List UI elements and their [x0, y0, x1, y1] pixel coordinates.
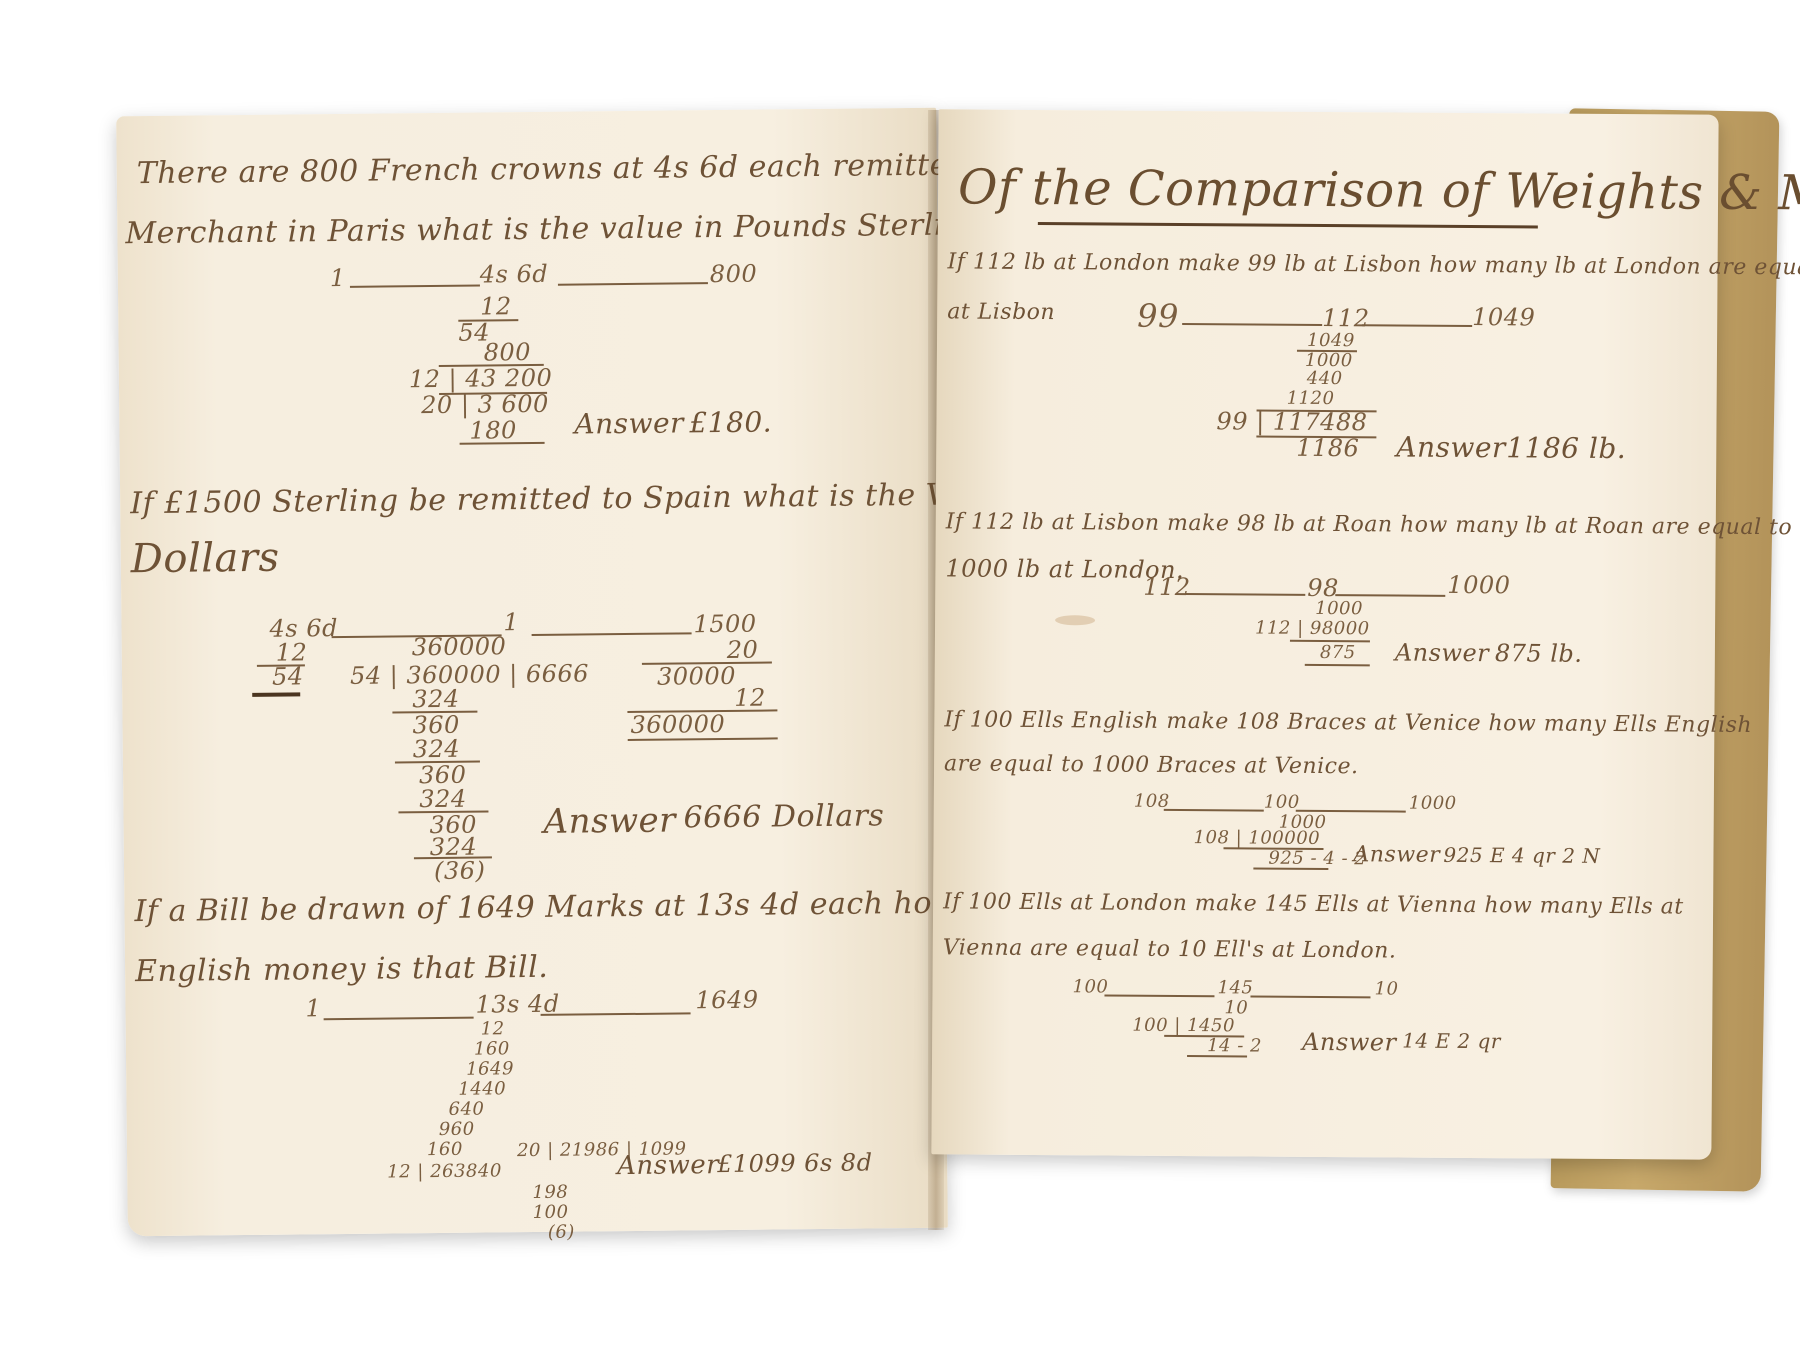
question-text: English money is that Bill. — [135, 950, 549, 989]
working-step: 12 — [480, 292, 512, 320]
working-step: 30000 — [657, 662, 736, 691]
working-step: 20 — [727, 636, 759, 664]
left-page: There are 800 French crowns at 4s 6d eac… — [116, 108, 948, 1237]
working-step: 99 | 117488 — [1216, 407, 1367, 436]
working-step: 440 — [1307, 368, 1343, 389]
answer-label: Answer — [1395, 638, 1490, 667]
working-step: 324 — [412, 685, 460, 713]
working-step: 108 | 100000 — [1194, 827, 1321, 849]
working-step: 160 — [474, 1038, 510, 1059]
working-term: 1000 — [1409, 793, 1457, 814]
answer-value: £1099 6s 8d — [717, 1148, 873, 1178]
question-text: Merchant in Paris what is the value in P… — [125, 207, 994, 251]
answer-value: 1186 lb. — [1506, 431, 1626, 465]
right-page: Of the Comparison of Weights & Measures … — [931, 109, 1718, 1159]
working-step: 180 — [469, 416, 517, 444]
answer-label: Answer — [543, 801, 676, 842]
page-title: Of the Comparison of Weights & Measures — [958, 159, 1800, 222]
working-term: 1049 — [1472, 303, 1535, 331]
working-term: 1500 — [693, 610, 756, 639]
working-step: 925 - 4 - 2 — [1268, 848, 1366, 870]
working-step: 960 — [439, 1119, 475, 1140]
answer-value: 6666 Dollars — [683, 798, 884, 835]
working-step: 640 — [448, 1099, 484, 1120]
answer-value: £180. — [689, 405, 772, 439]
working-step: 1186 — [1296, 434, 1359, 462]
working-term: 10 — [1374, 978, 1398, 999]
answer-label: Answer — [1396, 430, 1506, 464]
question-text: If 112 lb at Lisbon make 98 lb at Roan h… — [946, 509, 1793, 540]
working-term: 112 — [1322, 304, 1370, 332]
question-text: If a Bill be drawn of 1649 Marks at 13s … — [134, 885, 1054, 930]
working-step: 1000 — [1315, 598, 1363, 619]
question-text: If 112 lb at London make 99 lb at Lisbon… — [948, 249, 1800, 281]
working-step: 800 — [484, 338, 532, 366]
working-term: 4s 6d — [480, 260, 549, 289]
question-text: at Lisbon — [947, 299, 1055, 325]
working-step: 1120 — [1287, 388, 1335, 409]
working-step: 875 — [1320, 642, 1356, 663]
working-step: 12 — [481, 1018, 505, 1039]
working-step: 1440 — [458, 1078, 506, 1099]
working-term: 1000 — [1447, 571, 1510, 599]
working-step: 160 — [427, 1139, 463, 1160]
question-text: Vienna are equal to 10 Ell's at London. — [943, 935, 1397, 963]
question-text: If 100 Ells at London make 145 Ells at V… — [943, 889, 1684, 919]
answer-value: 14 E 2 qr — [1402, 1029, 1501, 1054]
working-term: 112 — [1143, 573, 1191, 601]
working-step: 54 — [272, 662, 304, 690]
answer-label: Answer — [1353, 842, 1440, 868]
working-remainder: (36) — [434, 857, 486, 886]
working-step: 12 — [734, 684, 766, 712]
working-term: 1649 — [695, 986, 758, 1015]
working-step: 12 | 43 200 — [409, 364, 553, 393]
question-text: If £1500 Sterling be remitted to Spain w… — [130, 477, 1052, 522]
working-term: 1 — [305, 994, 321, 1022]
working-step: 20 | 3 600 — [421, 390, 549, 419]
working-step: 100 | 1450 — [1132, 1015, 1235, 1037]
answer-label: Answer — [574, 406, 684, 440]
question-text: Dollars — [131, 535, 280, 583]
answer-label: Answer — [617, 1150, 719, 1181]
question-text: If 100 Ells English make 108 Braces at V… — [944, 707, 1752, 738]
working-term: 99 — [1137, 297, 1179, 335]
answer-label: Answer — [1302, 1028, 1397, 1057]
working-step: 1049 — [1307, 330, 1355, 351]
working-step: 198 — [532, 1182, 568, 1203]
working-step: 12 | 263840 — [387, 1160, 502, 1182]
working-term: 1 — [330, 264, 346, 292]
working-term: 100 — [1072, 976, 1108, 997]
working-step: 360000 — [630, 710, 725, 739]
working-step: 54 | 360000 | 6666 — [350, 659, 589, 690]
working-step: 1649 — [466, 1058, 514, 1079]
working-term: 800 — [710, 260, 758, 288]
working-term: 145 — [1217, 977, 1253, 998]
working-term: 100 — [1264, 792, 1300, 813]
working-step: 112 | 98000 — [1255, 618, 1370, 640]
answer-value: 875 lb. — [1495, 639, 1583, 668]
working-step: 100 — [533, 1202, 569, 1223]
question-text: are equal to 1000 Braces at Venice. — [944, 751, 1359, 779]
working-step: 360000 — [412, 632, 507, 661]
working-step: 324 — [413, 735, 461, 763]
answer-value: 925 E 4 qr 2 N — [1443, 843, 1600, 868]
working-step: 14 - 2 — [1207, 1035, 1262, 1056]
working-remainder: (6) — [548, 1222, 575, 1243]
ink-stain — [1055, 615, 1095, 625]
working-step: 324 — [419, 785, 467, 813]
